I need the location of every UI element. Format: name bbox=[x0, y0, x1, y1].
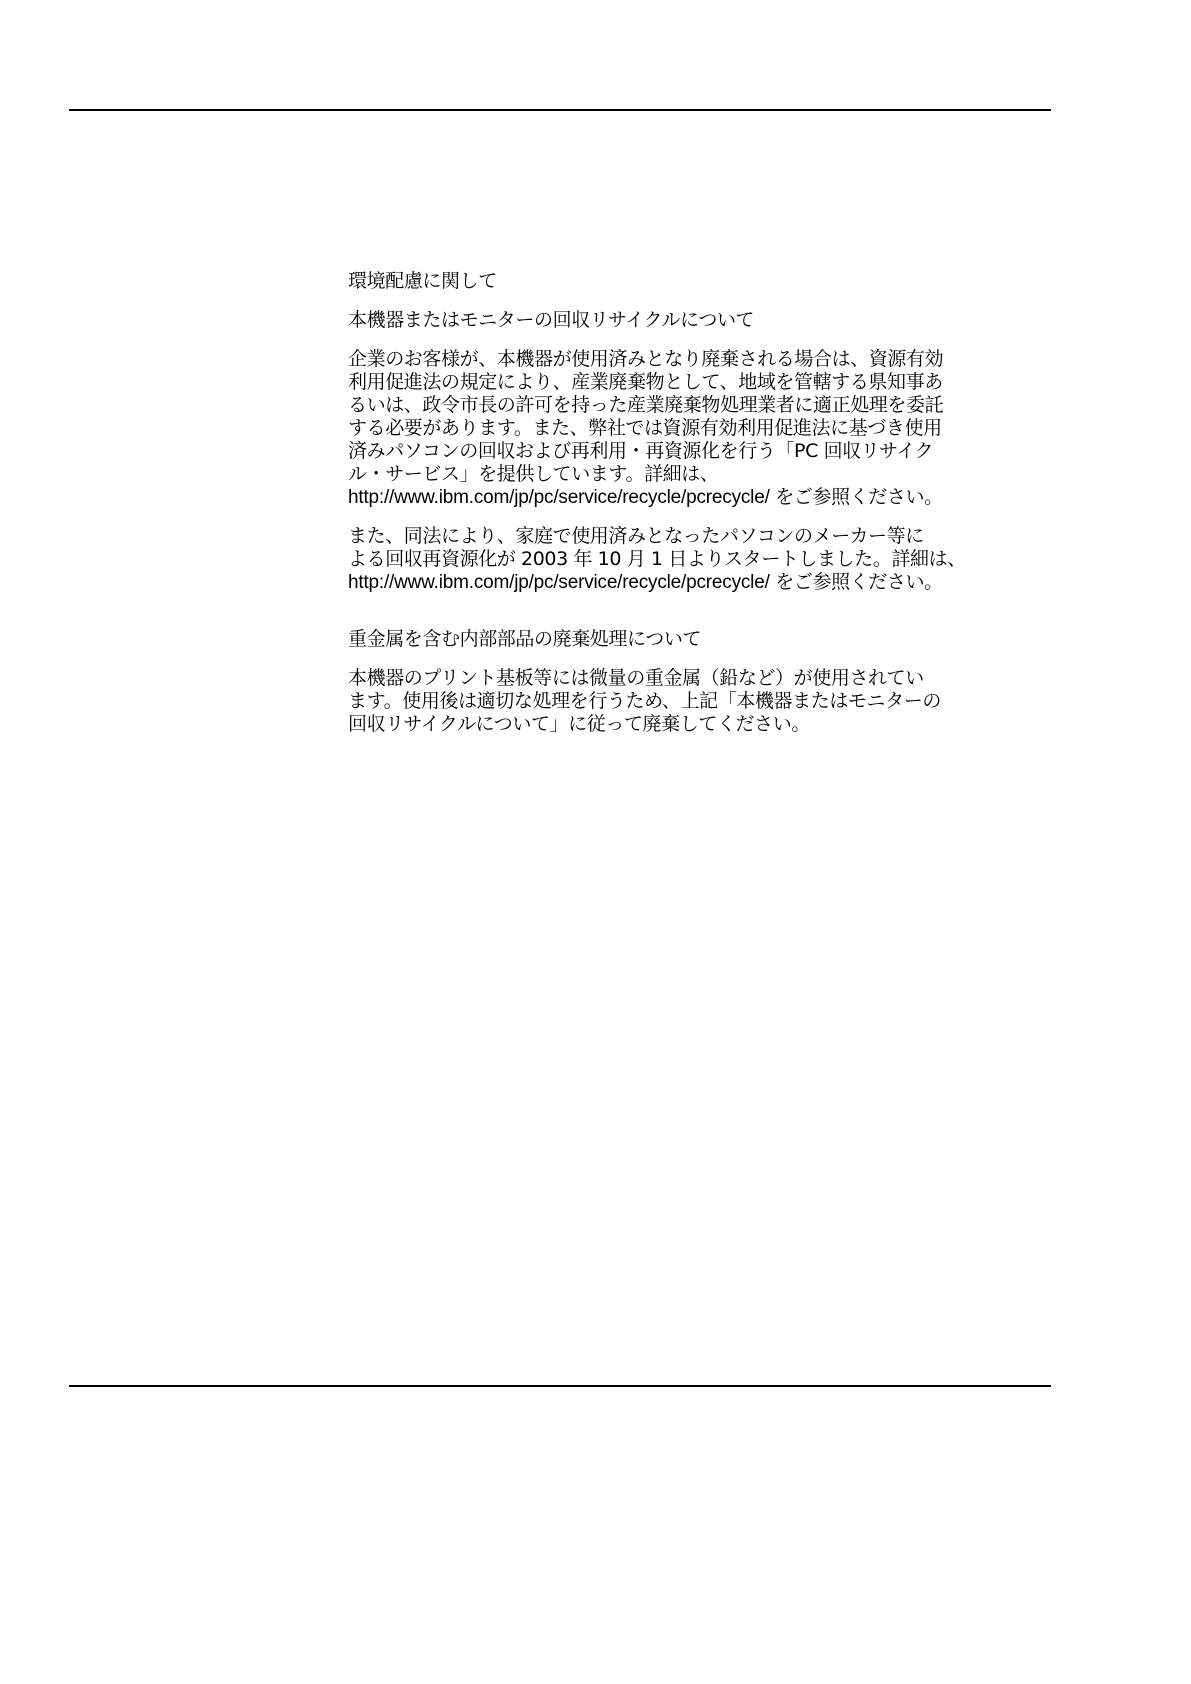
text-line: http://www.ibm.com/jp/pc/service/recycle… bbox=[348, 486, 1068, 509]
text-line: るいは、政令市長の許可を持った産業廃棄物処理業者に適正処理を委託 bbox=[348, 394, 1068, 417]
text-line: ル・サービス」を提供しています。詳細は、 bbox=[348, 463, 1068, 486]
document-body: 環境配慮に関して 本機器またはモニターの回収リサイクルについて 企業のお客様が、… bbox=[348, 270, 1068, 752]
text-line: 済みパソコンの回収および再利用・再資源化を行う「PC 回収リサイク bbox=[348, 440, 1068, 463]
url-suffix: をご参照ください。 bbox=[770, 571, 943, 593]
footer-rule bbox=[69, 1385, 1051, 1387]
url-suffix: をご参照ください。 bbox=[770, 486, 943, 508]
text-line: 利用促進法の規定により、産業廃棄物として、地域を管轄する県知事あ bbox=[348, 371, 1068, 394]
text-line: 本機器のプリント基板等には微量の重金属（鉛など）が使用されてい bbox=[348, 667, 1068, 690]
header-rule bbox=[69, 109, 1051, 111]
text-line: する必要があります。また、弊社では資源有効利用促進法に基づき使用 bbox=[348, 417, 1068, 440]
text-line: http://www.ibm.com/jp/pc/service/recycle… bbox=[348, 571, 1068, 594]
text-line: ます。使用後は適切な処理を行うため、上記「本機器またはモニターの bbox=[348, 690, 1068, 713]
text-line: よる回収再資源化が 2003 年 10 月 1 日よりスタートしました。詳細は、 bbox=[348, 548, 1068, 571]
section-heading-recycling: 本機器またはモニターの回収リサイクルについて bbox=[348, 309, 1068, 332]
text-line: 回収リサイクルについて」に従って廃棄してください。 bbox=[348, 713, 1068, 736]
paragraph-heavy-metals: 本機器のプリント基板等には微量の重金属（鉛など）が使用されてい ます。使用後は適… bbox=[348, 667, 1068, 736]
recycle-url: http://www.ibm.com/jp/pc/service/recycle… bbox=[348, 487, 770, 508]
section-heading-heavy-metals: 重金属を含む内部部品の廃棄処理について bbox=[348, 628, 1068, 651]
recycle-url: http://www.ibm.com/jp/pc/service/recycle… bbox=[348, 572, 770, 593]
text-line: 企業のお客様が、本機器が使用済みとなり廃棄される場合は、資源有効 bbox=[348, 348, 1068, 371]
paragraph-corporate-recycling: 企業のお客様が、本機器が使用済みとなり廃棄される場合は、資源有効 利用促進法の規… bbox=[348, 348, 1068, 509]
text-line: また、同法により、家庭で使用済みとなったパソコンのメーカー等に bbox=[348, 525, 1068, 548]
section-heading-environment: 環境配慮に関して bbox=[348, 270, 1068, 293]
paragraph-household-recycling: また、同法により、家庭で使用済みとなったパソコンのメーカー等に よる回収再資源化… bbox=[348, 525, 1068, 594]
